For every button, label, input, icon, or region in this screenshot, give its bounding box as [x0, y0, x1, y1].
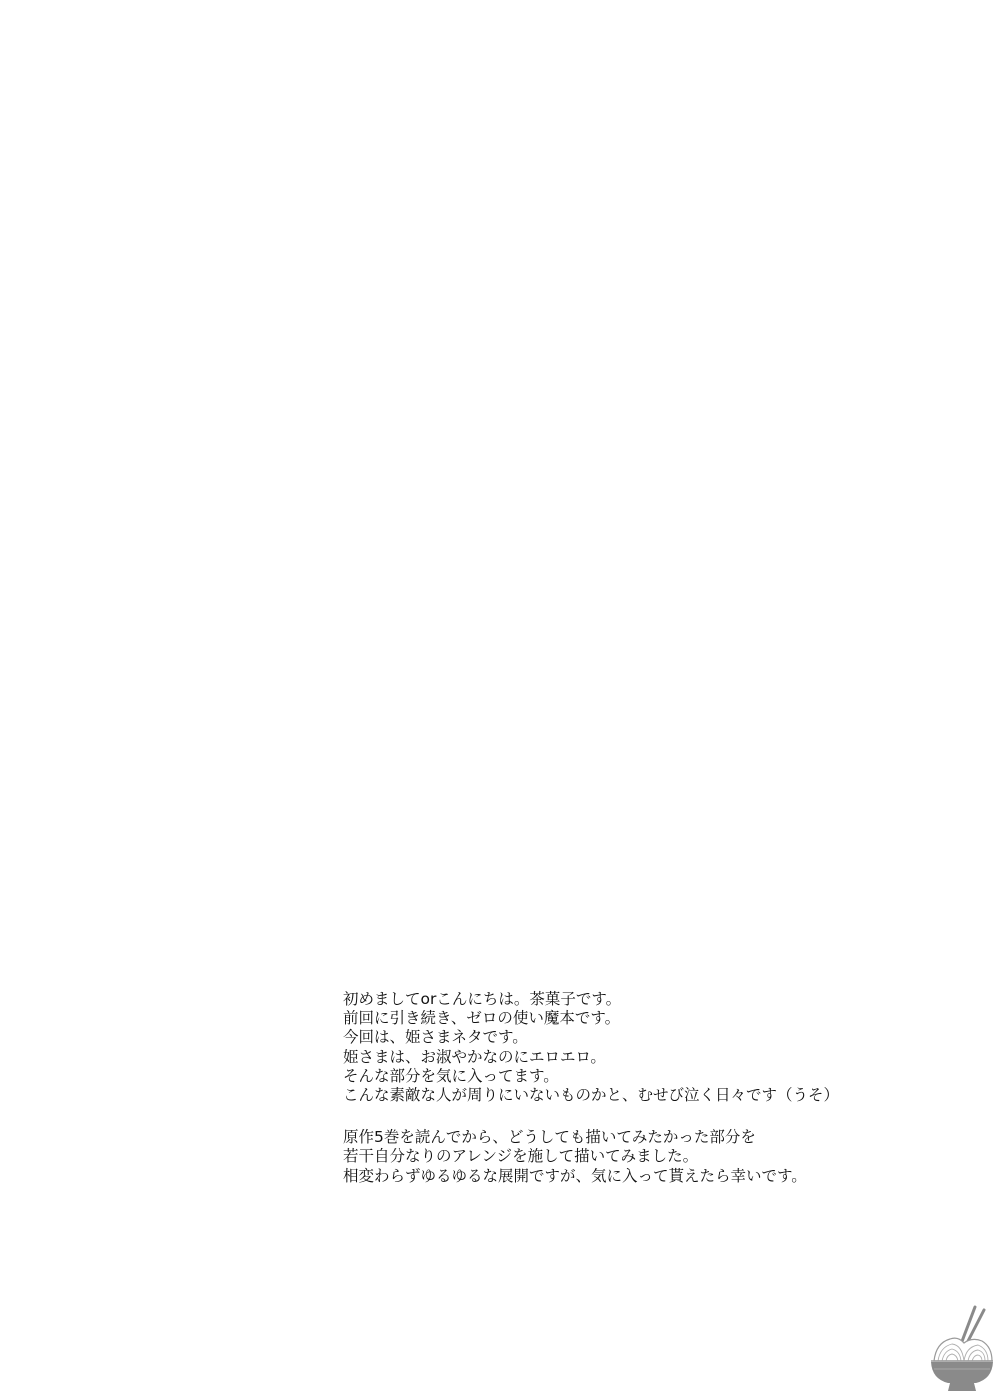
text-line: 姫さまは、お淑やかなのにエロエロ。: [343, 1048, 943, 1067]
text-line: 相変わらずゆるゆるな展開ですが、気に入って貰えたら幸いです。: [343, 1167, 943, 1186]
noodle-bowl-icon: [928, 1303, 996, 1393]
afterword-paragraph-1: 初めましてorこんにちは。茶菓子です。 前回に引き続き、ゼロの使い魔本です。 今…: [343, 990, 943, 1105]
text-line: 前回に引き続き、ゼロの使い魔本です。: [343, 1009, 943, 1028]
text-line: 初めましてorこんにちは。茶菓子です。: [343, 990, 943, 1009]
afterword-paragraph-2: 原作5巻を読んでから、どうしても描いてみたかった部分を 若干自分なりのアレンジを…: [343, 1128, 943, 1186]
text-line: そんな部分を気に入ってます。: [343, 1067, 943, 1086]
text-line: 若干自分なりのアレンジを施して描いてみました。: [343, 1147, 943, 1166]
text-line: 原作5巻を読んでから、どうしても描いてみたかった部分を: [343, 1128, 943, 1147]
text-line: こんな素敵な人が周りにいないものかと、むせび泣く日々です（うそ）: [343, 1086, 943, 1105]
text-line: 今回は、姫さまネタです。: [343, 1028, 943, 1047]
page: 初めましてorこんにちは。茶菓子です。 前回に引き続き、ゼロの使い魔本です。 今…: [0, 0, 1000, 1400]
afterword-text: 初めましてorこんにちは。茶菓子です。 前回に引き続き、ゼロの使い魔本です。 今…: [343, 990, 943, 1186]
